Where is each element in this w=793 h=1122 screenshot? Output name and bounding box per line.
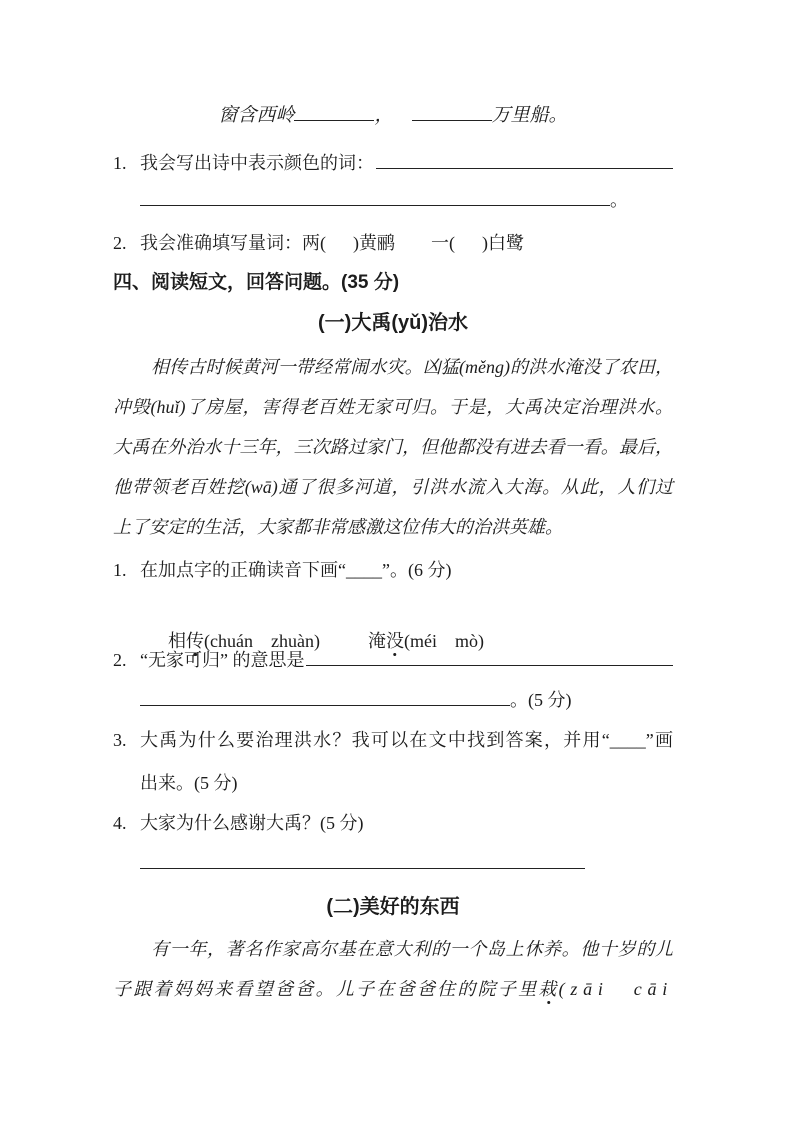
poem-line: 窗含西岭，万里船。 bbox=[113, 100, 673, 131]
question-2-number: 2. bbox=[113, 228, 140, 258]
passage-2-line-1: 有一年，著名作家高尔基在意大利的一个岛上休养。他十岁的儿 bbox=[113, 934, 673, 964]
reading-question-3: 3. 大禹为什么要治理洪水？我可以在文中找到答案，并用“____”画 bbox=[113, 725, 673, 755]
reading-question-2: 2. “无家可归” 的意思是 bbox=[113, 645, 673, 675]
passage-1-line-2: 冲毁(huǐ)了房屋，害得老百姓无家可归。于是，大禹决定治理洪水。 bbox=[113, 392, 673, 422]
reading-question-2-blank bbox=[306, 646, 673, 666]
question-1: 1. 我会写出诗中表示颜色的词： bbox=[113, 148, 673, 178]
reading-question-3-line-1: 大禹为什么要治理洪水？我可以在文中找到答案，并用“____”画 bbox=[140, 725, 673, 755]
reading-question-4-answer-line bbox=[113, 848, 673, 878]
reading-question-1-number: 1. bbox=[113, 555, 140, 585]
question-1-blank-2 bbox=[140, 186, 610, 206]
reading-question-1: 1. 在加点字的正确读音下画“____”。(6 分) bbox=[113, 555, 673, 585]
question-1-number: 1. bbox=[113, 148, 140, 178]
passage-1-title: (一)大禹(yǔ)治水 bbox=[113, 308, 673, 338]
reading-question-2-blank-2 bbox=[140, 686, 510, 706]
reading-question-1-text: 在加点字的正确读音下画“____”。(6 分) bbox=[140, 555, 451, 585]
passage-1-line-5: 上了安定的生活，大家都非常感激这位伟大的治洪英雄。 bbox=[113, 512, 673, 542]
reading-question-3-line-2: 出来。(5 分) bbox=[113, 768, 673, 798]
passage-2-dotted-char: 栽 bbox=[538, 979, 558, 999]
passage-1-line-1: 相传古时候黄河一带经常闹水灾。凶猛(měng)的洪水淹没了农田， bbox=[113, 352, 673, 382]
poem-pre: 窗含西岭 bbox=[218, 105, 294, 126]
question-1-line-2: 。 bbox=[113, 185, 673, 215]
passage-2-line-2: 子跟着妈妈来看望爸爸。儿子在爸爸住的院子里栽(zāi cāi bbox=[113, 974, 673, 1004]
reading-question-4-text: 大家为什么感谢大禹？(5 分) bbox=[140, 808, 364, 838]
question-2: 2. 我会准确填写量词：两( )黄鹂 一( )白鹭 bbox=[113, 228, 673, 258]
passage-2-pinyin: (zāi cāi bbox=[559, 979, 673, 999]
section-4-heading: 四、阅读短文，回答问题。(35 分) bbox=[113, 268, 673, 298]
reading-question-2-score: 。(5 分) bbox=[510, 685, 572, 715]
reading-question-3-number: 3. bbox=[113, 725, 140, 755]
question-1-text: 我会写出诗中表示颜色的词： bbox=[140, 148, 374, 178]
question-1-period: 。 bbox=[610, 185, 628, 215]
poem-blank-1 bbox=[294, 100, 374, 121]
passage-2-line-2-text: 子跟着妈妈来看望爸爸。儿子在爸爸住的院子里 bbox=[113, 979, 538, 999]
reading-question-2-text: “无家可归” 的意思是 bbox=[140, 645, 304, 675]
reading-question-4-blank bbox=[140, 849, 585, 869]
passage-1-line-3: 大禹在外治水十三年，三次路过家门，但他都没有进去看一看。最后， bbox=[113, 432, 673, 462]
exam-page: 窗含西岭，万里船。 1. 我会写出诗中表示颜色的词： 。 2. 我会准确填写量词… bbox=[0, 0, 793, 1122]
poem-comma: ， bbox=[374, 105, 393, 126]
passage-2-title: (二)美好的东西 bbox=[113, 892, 673, 922]
passage-1-line-4: 他带领老百姓挖(wā)通了很多河道，引洪水流入大海。从此，人们过 bbox=[113, 472, 673, 502]
reading-question-2-number: 2. bbox=[113, 645, 140, 675]
question-2-text: 我会准确填写量词：两( )黄鹂 一( )白鹭 bbox=[140, 228, 524, 258]
reading-question-4: 4. 大家为什么感谢大禹？(5 分) bbox=[113, 808, 673, 838]
poem-post: 万里船。 bbox=[492, 105, 568, 126]
question-1-blank bbox=[376, 149, 673, 169]
poem-blank-2 bbox=[412, 100, 492, 121]
reading-question-4-number: 4. bbox=[113, 808, 140, 838]
reading-question-2-line-2: 。(5 分) bbox=[113, 685, 673, 715]
